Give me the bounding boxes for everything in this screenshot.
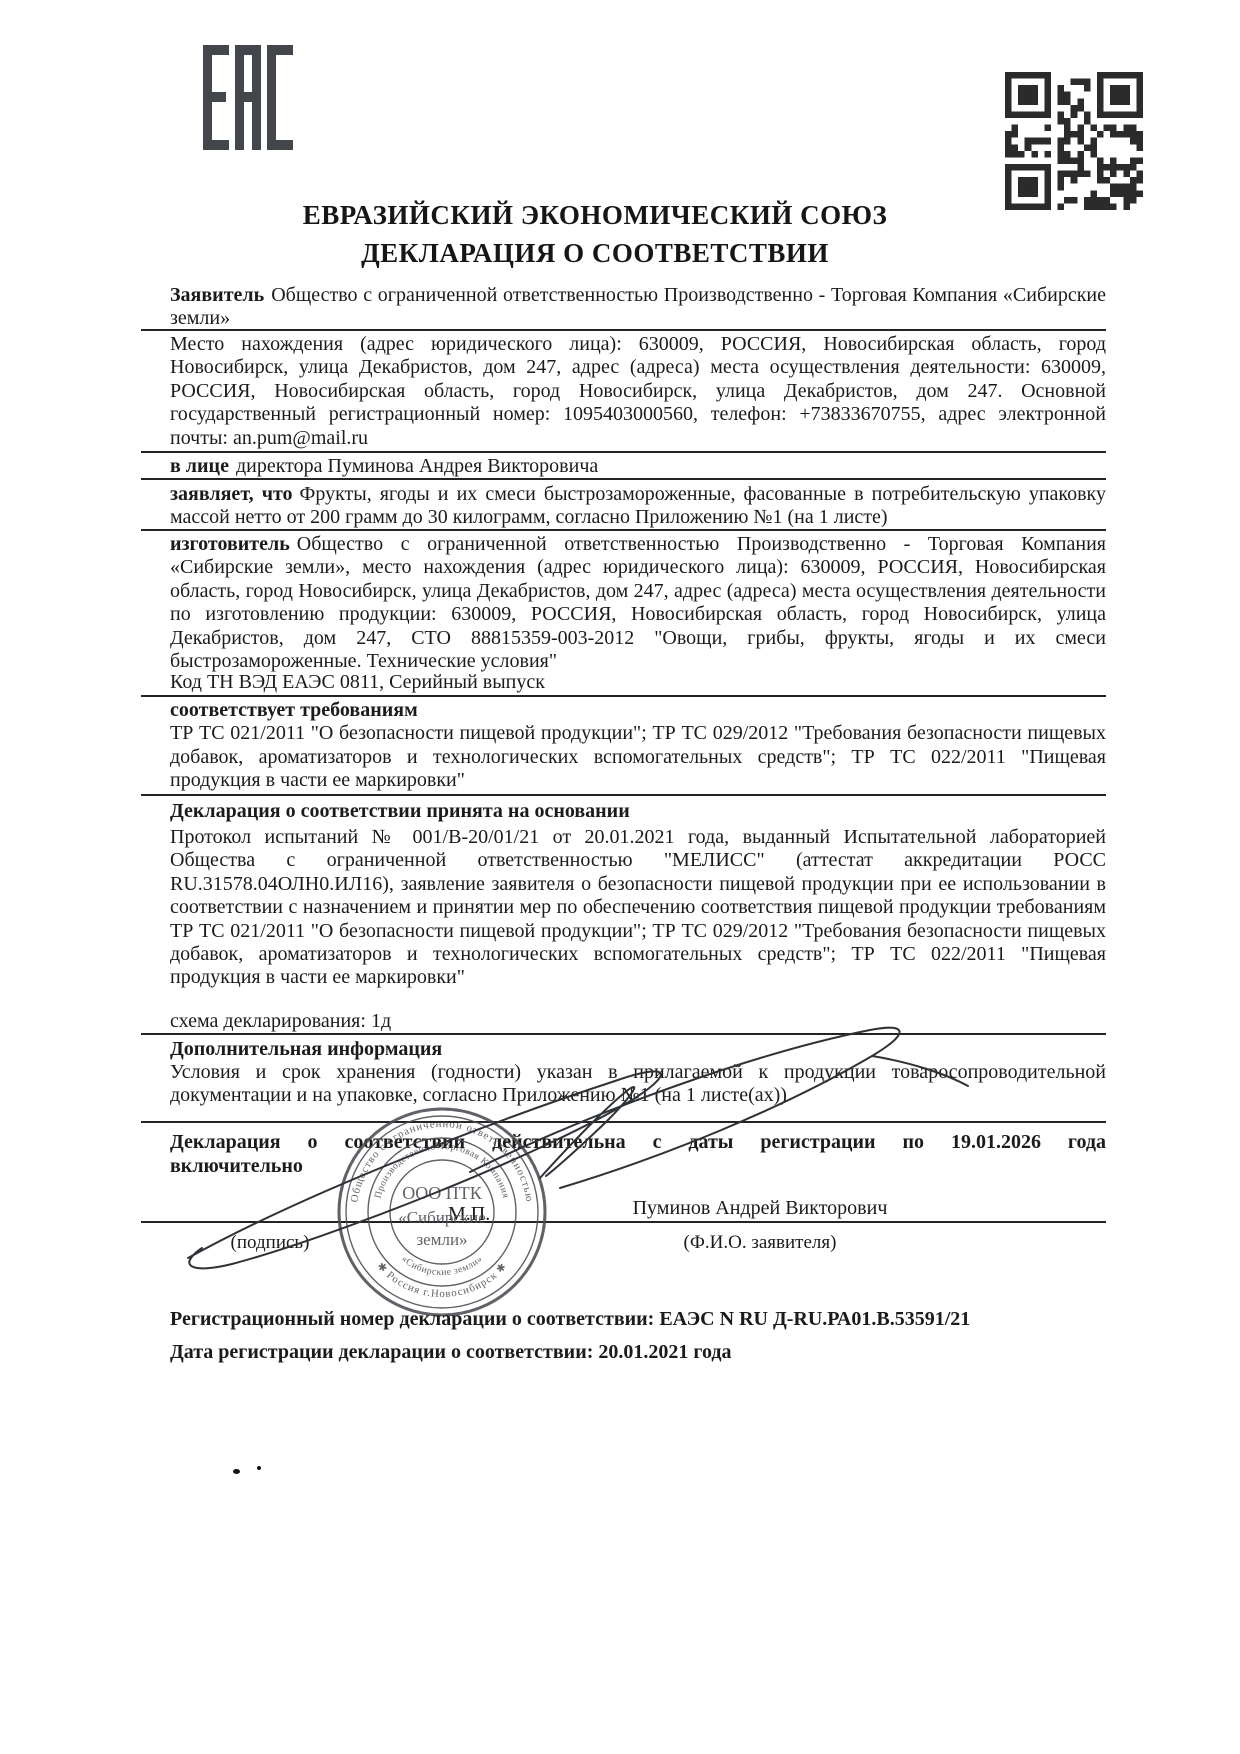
represented-by-text: директора Пуминова Андрея Викторовича xyxy=(236,455,598,477)
divider xyxy=(141,529,1106,531)
page-title-declaration: ДЕКЛАРАЦИЯ О СООТВЕТСТВИИ xyxy=(110,234,1080,272)
svg-text:«Сибирские земли»: «Сибирские земли» xyxy=(399,1254,485,1279)
divider xyxy=(141,1121,1106,1123)
divider xyxy=(141,1033,1106,1035)
reg-number-value: ЕАЭС N RU Д-RU.РА01.В.53591/21 xyxy=(659,1308,970,1330)
scan-speck xyxy=(257,1466,261,1470)
section-applicant: ЗаявительОбщество с ограниченной ответст… xyxy=(170,284,1106,331)
stamp-center-line1: ООО ПТК xyxy=(402,1183,482,1203)
section-complies: соответствует требованиям ТР ТС 021/2011… xyxy=(170,699,1106,793)
section-declares: заявляет, чтоФрукты, ягоды и их смеси бы… xyxy=(170,483,1106,530)
complies-text: ТР ТС 021/2011 "О безопасности пищевой п… xyxy=(170,722,1106,792)
signature-caption: (подпись) xyxy=(180,1231,360,1254)
stamp-center-line2: «Сибирские xyxy=(398,1208,486,1227)
page-title-union: ЕВРАЗИЙСКИЙ ЭКОНОМИЧЕСКИЙ СОЮЗ xyxy=(110,196,1080,234)
validity-line1: Декларация о соответствии действительна … xyxy=(170,1131,1106,1154)
validity-line2: включительно xyxy=(170,1155,1106,1178)
additional-label: Дополнительная информация xyxy=(170,1038,1106,1061)
section-address: Место нахождения (адрес юридического лиц… xyxy=(170,333,1106,450)
declares-text: Фрукты, ягоды и их смеси быстрозаморожен… xyxy=(170,483,1106,528)
manufacturer-text: Общество с ограниченной ответственностью… xyxy=(170,533,1106,672)
qr-code xyxy=(1005,72,1143,210)
divider xyxy=(141,451,1106,453)
manufacturer-label: изготовитель xyxy=(170,533,290,555)
stamp-inner-bottom-text: «Сибирские земли» xyxy=(399,1254,485,1279)
applicant-label: Заявитель xyxy=(170,284,264,306)
reg-number-label: Регистрационный номер декларации о соотв… xyxy=(170,1308,654,1330)
address-text: Место нахождения (адрес юридического лиц… xyxy=(170,333,1106,449)
divider xyxy=(141,329,1106,331)
basis-text: Протокол испытаний № 001/В-20/01/21 от 2… xyxy=(170,826,1106,990)
eac-logo-icon xyxy=(203,45,293,150)
basis-label: Декларация о соответствии принята на осн… xyxy=(170,800,1106,823)
reg-date-label: Дата регистрации декларации о соответств… xyxy=(170,1341,593,1363)
signature-line xyxy=(141,1221,1106,1223)
reg-date-value: 20.01.2021 года xyxy=(598,1341,731,1363)
declaration-document: ЕВРАЗИЙСКИЙ ЭКОНОМИЧЕСКИЙ СОЮЗ ДЕКЛАРАЦИ… xyxy=(0,0,1240,1754)
stamp-outer-bottom-text: ✱ Россия г.Новосибирск ✱ xyxy=(374,1260,509,1300)
svg-text:✱ Россия г.Новосибирск ✱: ✱ Россия г.Новосибирск ✱ xyxy=(374,1260,509,1300)
declares-label: заявляет, что xyxy=(170,483,293,505)
stamp-center-line3: земли» xyxy=(416,1230,467,1249)
section-manufacturer: изготовительОбщество с ограниченной отве… xyxy=(170,533,1106,673)
registration-date-line: Дата регистрации декларации о соответств… xyxy=(170,1341,1106,1364)
applicant-signatory-name: Пуминов Андрей Викторович xyxy=(560,1197,960,1220)
additional-text: Условия и срок хранения (годности) указа… xyxy=(170,1061,1106,1108)
represented-by-label: в лице xyxy=(170,455,229,477)
scan-speck xyxy=(233,1469,240,1474)
section-represented-by: в лицедиректора Пуминова Андрея Викторов… xyxy=(170,455,1106,478)
tn-ved-line: Код ТН ВЭД ЕАЭС 0811, Серийный выпуск xyxy=(170,671,1106,694)
fio-caption: (Ф.И.О. заявителя) xyxy=(560,1231,960,1254)
company-round-stamp: Общество с ограниченной ответственностью… xyxy=(336,1106,548,1318)
applicant-text: Общество с ограниченной ответственностью… xyxy=(170,284,1106,329)
basis-scheme: схема декларирования: 1д xyxy=(170,1010,1106,1033)
divider xyxy=(141,794,1106,796)
complies-label: соответствует требованиям xyxy=(170,699,1106,722)
divider xyxy=(141,695,1106,697)
divider xyxy=(141,478,1106,480)
registration-number-line: Регистрационный номер декларации о соотв… xyxy=(170,1308,1106,1331)
